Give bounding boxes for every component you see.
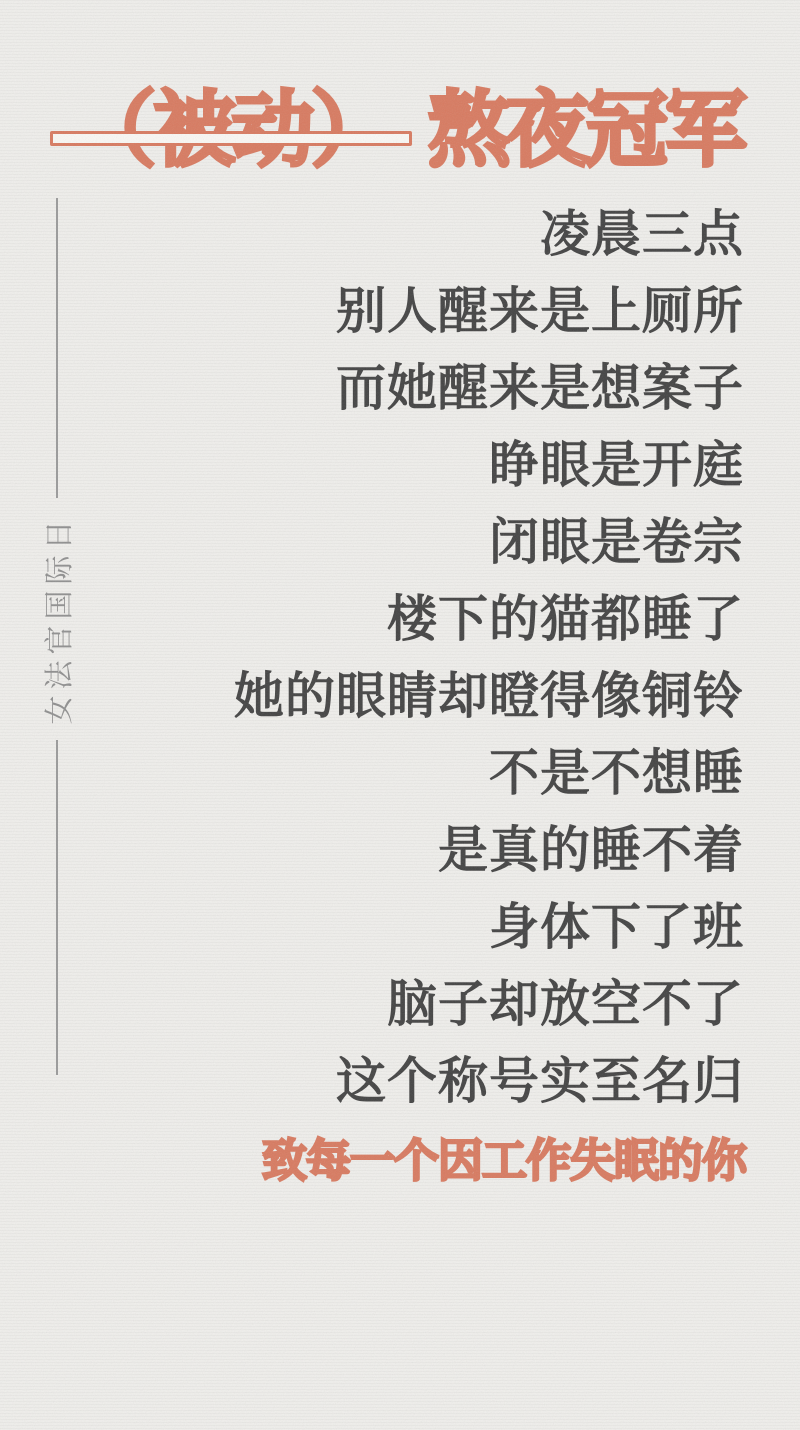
footer-dedication-text: 致每一个因工作失眠的你 xyxy=(262,1124,746,1189)
poem-line: 她的眼睛却瞪得像铜铃 xyxy=(234,658,744,735)
title-main-text: 熬夜冠军 xyxy=(428,80,744,183)
poster-canvas: （被动） 熬夜冠军 女法官国际日 凌晨三点 别人醒来是上厕所 而她醒来是想案子 … xyxy=(0,0,800,1430)
side-divider-line-top xyxy=(56,198,58,498)
poem-line: 楼下的猫都睡了 xyxy=(234,581,744,658)
strikethrough-bar xyxy=(50,131,412,146)
poem-line: 脑子却放空不了 xyxy=(234,966,744,1043)
poem-line: 闭眼是卷宗 xyxy=(234,504,744,581)
side-divider-line-bottom xyxy=(56,741,58,1076)
poem-line: 身体下了班 xyxy=(234,889,744,966)
poem-line: 这个称号实至名归 xyxy=(234,1043,744,1120)
poem-block: 凌晨三点 别人醒来是上厕所 而她醒来是想案子 睁眼是开庭 闭眼是卷宗 楼下的猫都… xyxy=(234,196,744,1120)
poem-line: 睁眼是开庭 xyxy=(234,427,744,504)
poem-line: 不是不想睡 xyxy=(234,735,744,812)
poster-title: （被动） 熬夜冠军 xyxy=(74,80,744,183)
poem-line: 是真的睡不着 xyxy=(234,812,744,889)
title-struck-part: （被动） xyxy=(74,80,390,183)
side-label-group: 女法官国际日 xyxy=(37,207,77,1067)
poem-line: 凌晨三点 xyxy=(234,196,744,273)
poem-line: 别人醒来是上厕所 xyxy=(234,273,744,350)
poem-line: 而她醒来是想案子 xyxy=(234,350,744,427)
side-label-text: 女法官国际日 xyxy=(37,514,78,724)
